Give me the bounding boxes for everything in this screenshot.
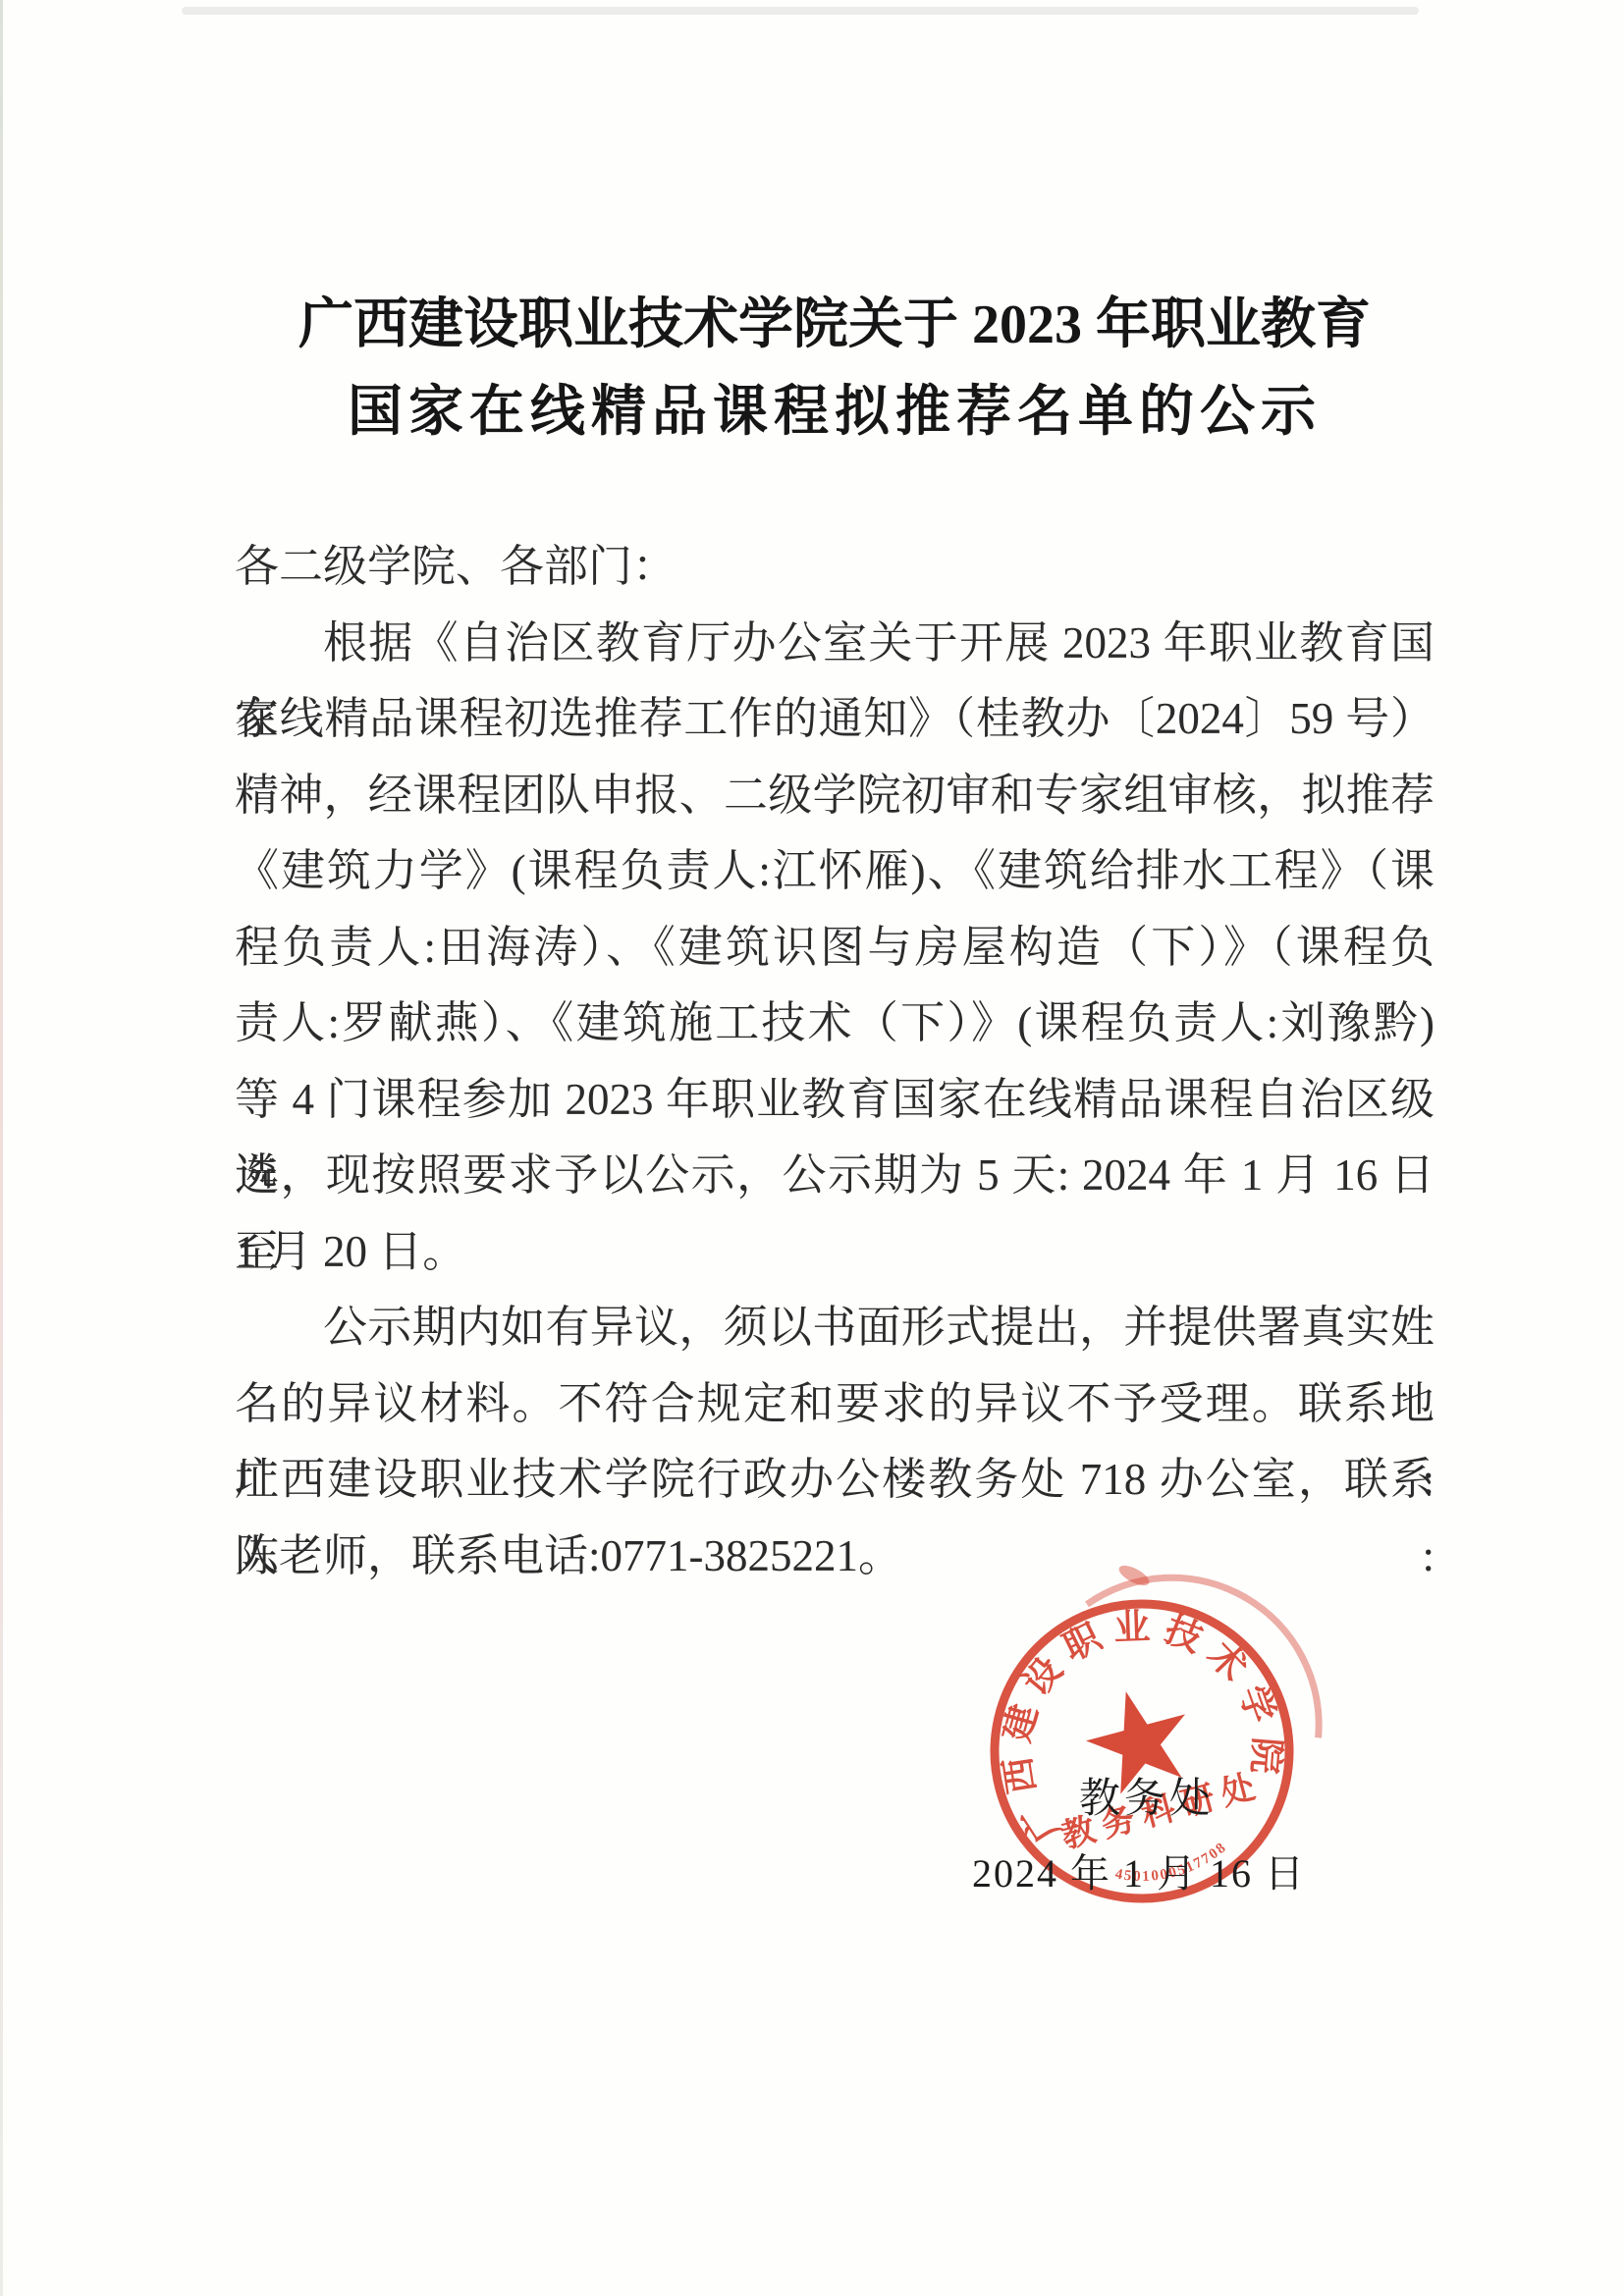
scan-smudge-artifact xyxy=(182,7,1419,15)
paragraph2-line: 公示期内如有异议，须以书面形式提出，并提供署真实姓 xyxy=(235,1290,1435,1366)
signature-date: 2024 年 1 月 16 日 xyxy=(972,1842,1306,1898)
paragraph1-last-line: 1 月 20 日。 xyxy=(235,1214,1435,1291)
paragraph1-line: 《建筑力学》(课程负责人:江怀雁)、《建筑给排水工程》（课 xyxy=(235,833,1435,910)
title-line-2: 国家在线精品课程拟推荐名单的公示 xyxy=(235,369,1435,456)
paragraph1-line: 等 4 门课程参加 2023 年职业教育国家在线精品课程自治区级遴 xyxy=(235,1062,1435,1139)
paragraph2-line: 名的异议材料。不符合规定和要求的异议不予受理。联系地址: xyxy=(235,1366,1435,1443)
paragraph1-line: 根据《自治区教育厅办公室关于开展 2023 年职业教育国家 xyxy=(235,606,1435,682)
document-body: 各二级学院、各部门： 根据《自治区教育厅办公室关于开展 2023 年职业教育国家… xyxy=(235,529,1435,1594)
title-line-1: 广西建设职业技术学院关于 2023 年职业教育 xyxy=(235,282,1435,369)
document-title: 广西建设职业技术学院关于 2023 年职业教育 国家在线精品课程拟推荐名单的公示 xyxy=(235,282,1435,456)
document-page: 广西建设职业技术学院关于 2023 年职业教育 国家在线精品课程拟推荐名单的公示… xyxy=(0,0,1624,2296)
paragraph2-line: 广西建设职业技术学院行政办公楼教务处 718 办公室，联系人: xyxy=(235,1442,1435,1519)
signature-department: 教务处 xyxy=(1079,1766,1215,1825)
paragraph1-line: 责人:罗献燕）、《建筑施工技术（下）》(课程负责人:刘豫黔) xyxy=(235,986,1435,1062)
scan-edge-artifact xyxy=(0,0,3,2296)
salutation-line: 各二级学院、各部门： xyxy=(235,529,1435,606)
paragraph1-line: 程负责人:田海涛）、《建筑识图与房屋构造（下）》（课程负 xyxy=(235,910,1435,987)
paragraph1-line: 在线精品课程初选推荐工作的通知》（桂教办〔2024〕59 号） xyxy=(235,681,1435,758)
paragraph1-line: 精神，经课程团队申报、二级学院初审和专家组审核，拟推荐 xyxy=(235,758,1435,834)
paragraph1-line: 选，现按照要求予以公示，公示期为 5 天: 2024 年 1 月 16 日至 xyxy=(235,1138,1435,1214)
